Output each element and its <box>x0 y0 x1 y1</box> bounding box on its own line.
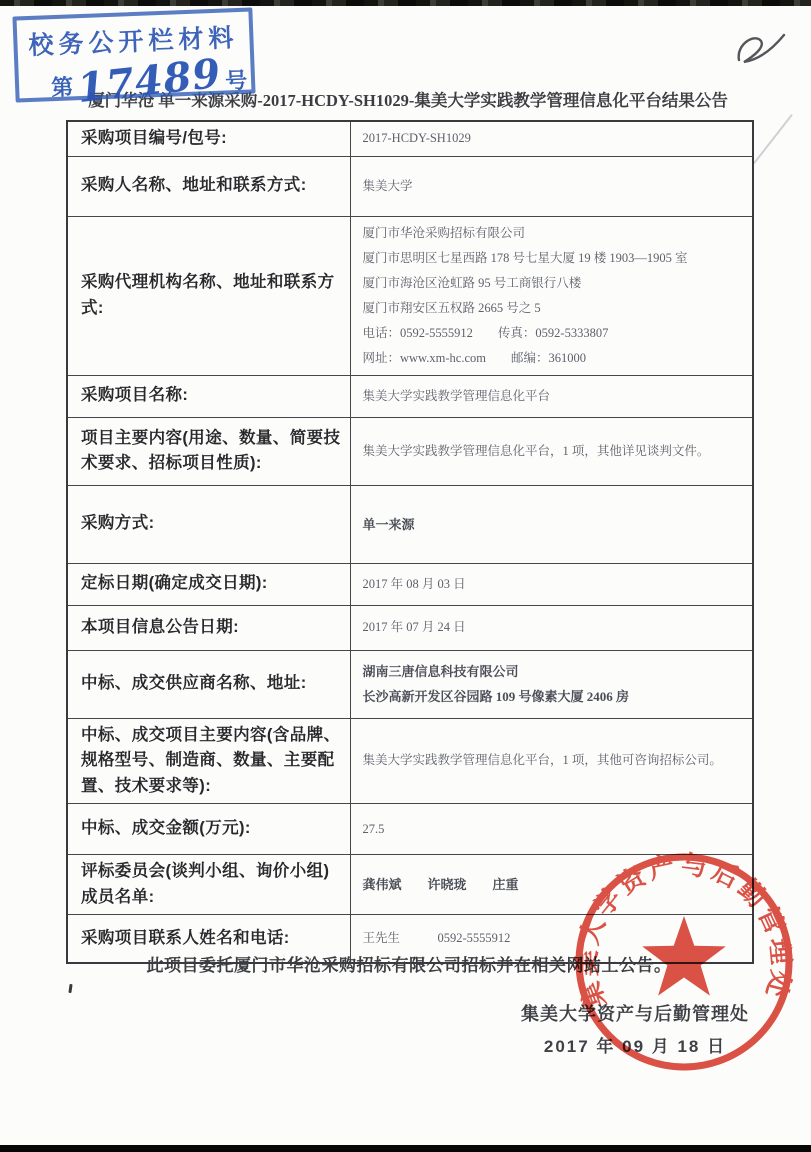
row-label: 中标、成交金额(万元): <box>67 804 350 855</box>
scan-artifact-bottom-strip <box>0 1145 811 1152</box>
row-label: 定标日期(确定成交日期): <box>67 563 350 605</box>
scan-artifact-tick <box>68 984 72 993</box>
handwritten-mark-icon <box>731 30 793 78</box>
signature-date: 2017 年 09 月 18 日 <box>521 1032 749 1057</box>
row-value: 湖南三唐信息科技有限公司长沙高新开发区谷园路 109 号像素大厦 2406 房 <box>350 650 753 718</box>
row-label: 采购人名称、地址和联系方式: <box>67 156 350 216</box>
scan-artifact-top-strip <box>0 0 811 6</box>
row-value: 27.5 <box>350 804 753 855</box>
table-row: 采购人名称、地址和联系方式:集美大学 <box>67 156 753 216</box>
scanned-document-page: 校务公开栏材料 第17489号 厦门华沧 单一来源采购-2017-HCDY-SH… <box>0 0 811 1152</box>
row-value: 集美大学实践教学管理信息化平台，1 项，其他可咨询招标公司。 <box>350 718 753 804</box>
table-row: 采购代理机构名称、地址和联系方式:厦门市华沧采购招标有限公司厦门市思明区七星西路… <box>67 216 753 375</box>
signature-organization: 集美大学资产与后勤管理处 <box>521 1000 749 1026</box>
row-label: 评标委员会(谈判小组、询价小组)成员名单: <box>67 855 350 915</box>
table-row: 评标委员会(谈判小组、询价小组)成员名单:龚伟斌 许晓珑 庄重 <box>67 855 753 915</box>
row-value: 集美大学 <box>350 156 753 216</box>
row-label: 本项目信息公告日期: <box>67 605 350 650</box>
row-value: 2017 年 07 月 24 日 <box>350 605 753 650</box>
row-label: 采购方式: <box>67 485 350 563</box>
row-value: 厦门市华沧采购招标有限公司厦门市思明区七星西路 178 号七星大厦 19 楼 1… <box>350 216 753 375</box>
results-table-body: 采购项目编号/包号:2017-HCDY-SH1029采购人名称、地址和联系方式:… <box>67 121 753 963</box>
table-row: 采购项目编号/包号:2017-HCDY-SH1029 <box>67 121 753 156</box>
row-label: 中标、成交项目主要内容(含品牌、规格型号、制造商、数量、主要配置、技术要求等): <box>67 718 350 804</box>
row-value: 2017-HCDY-SH1029 <box>350 121 753 156</box>
row-value: 单一来源 <box>350 485 753 563</box>
table-row: 本项目信息公告日期:2017 年 07 月 24 日 <box>67 605 753 650</box>
row-value: 龚伟斌 许晓珑 庄重 <box>350 855 753 915</box>
table-row: 中标、成交金额(万元):27.5 <box>67 804 753 855</box>
row-value: 集美大学实践教学管理信息化平台，1 项，其他详见谈判文件。 <box>350 417 753 485</box>
row-label: 采购代理机构名称、地址和联系方式: <box>67 216 350 375</box>
table-row: 采购方式:单一来源 <box>67 485 753 563</box>
table-row: 中标、成交供应商名称、地址:湖南三唐信息科技有限公司长沙高新开发区谷园路 109… <box>67 650 753 718</box>
row-label: 采购项目名称: <box>67 375 350 417</box>
row-label: 中标、成交供应商名称、地址: <box>67 650 350 718</box>
table-row: 定标日期(确定成交日期):2017 年 08 月 03 日 <box>67 563 753 605</box>
row-value: 2017 年 08 月 03 日 <box>350 563 753 605</box>
table-row: 项目主要内容(用途、数量、简要技术要求、招标项目性质):集美大学实践教学管理信息… <box>67 417 753 485</box>
archive-stamp-title: 校务公开栏材料 <box>13 17 254 62</box>
scan-artifact-scratch <box>753 114 793 164</box>
table-row: 采购项目名称:集美大学实践教学管理信息化平台 <box>67 375 753 417</box>
page-title: 厦门华沧 单一来源采购-2017-HCDY-SH1029-集美大学实践教学管理信… <box>64 87 752 111</box>
row-label: 采购项目编号/包号: <box>67 121 350 156</box>
footer-note: 此项目委托厦门市华沧采购招标有限公司招标并在相关网站上公告。 <box>66 951 752 976</box>
signature-block: 集美大学资产与后勤管理处 2017 年 09 月 18 日 <box>521 1000 749 1057</box>
row-label: 项目主要内容(用途、数量、简要技术要求、招标项目性质): <box>67 417 350 485</box>
row-value: 集美大学实践教学管理信息化平台 <box>350 375 753 417</box>
procurement-results-table: 采购项目编号/包号:2017-HCDY-SH1029采购人名称、地址和联系方式:… <box>66 120 754 964</box>
table-row: 中标、成交项目主要内容(含品牌、规格型号、制造商、数量、主要配置、技术要求等):… <box>67 718 753 804</box>
